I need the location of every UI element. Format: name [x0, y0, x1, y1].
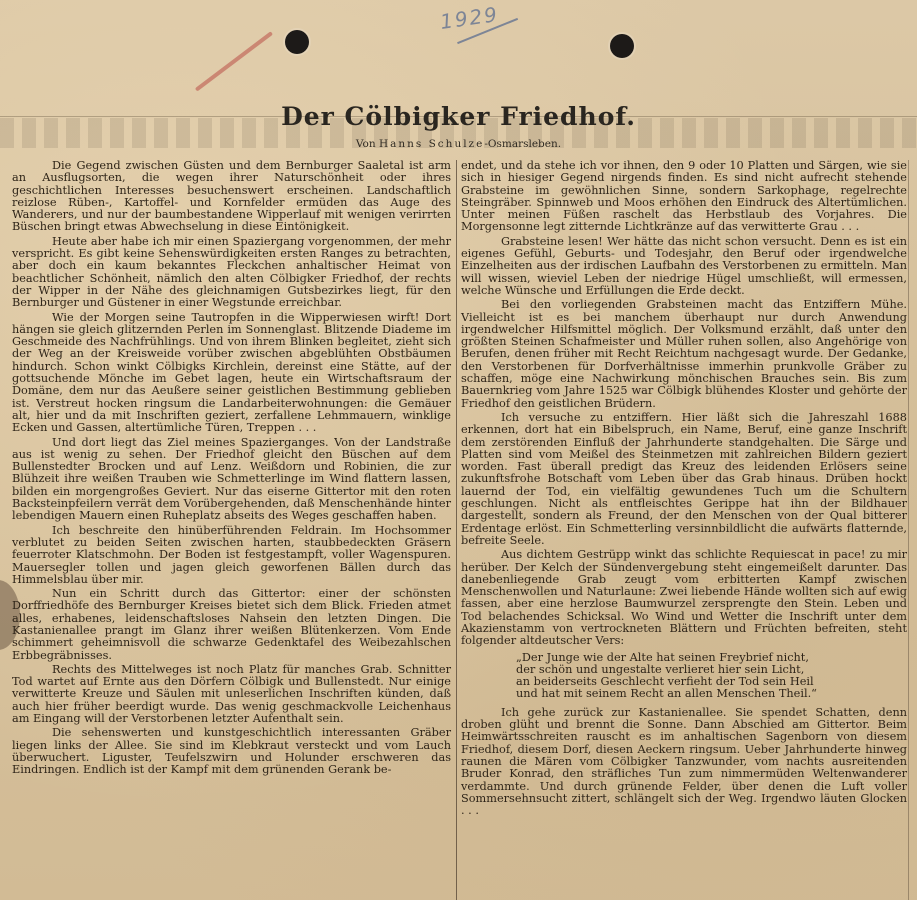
column-divider: [456, 160, 457, 900]
verse-line: und hat mit seinem Recht an allen Mensch…: [516, 688, 907, 700]
punch-hole-left: [285, 30, 309, 54]
paragraph: Heute aber habe ich mir einen Spaziergan…: [12, 236, 451, 310]
right-column: endet, und da stehe ich vor ihnen, den 9…: [461, 160, 907, 819]
paragraph: Ich beschreite den hinüberführenden Feld…: [12, 525, 451, 586]
byline-place: -Osmarsleben.: [484, 138, 561, 150]
paragraph: Ich gehe zurück zur Kastanienallee. Sie …: [461, 707, 907, 818]
paragraph: Ich versuche zu entziffern. Hier läßt si…: [461, 412, 907, 547]
article-title: Der Cölbigker Friedhof.: [0, 102, 917, 131]
byline-prefix: Von: [356, 138, 376, 150]
author-name: Hanns Schulze: [379, 138, 484, 150]
paragraph: Nun ein Schritt durch das Gittertor: ein…: [12, 588, 451, 662]
paragraph: Die Gegend zwischen Güsten und dem Bernb…: [12, 160, 451, 234]
paragraph: Und dort liegt das Ziel meines Spazierga…: [12, 437, 451, 523]
punch-hole-right: [610, 34, 634, 58]
verse-quote: „Der Junge wie der Alte hat seinen Freyb…: [516, 652, 907, 701]
paragraph: Wie der Morgen seine Tautropfen in die W…: [12, 312, 451, 435]
left-column: Die Gegend zwischen Güsten und dem Bernb…: [12, 160, 451, 779]
paragraph: Aus dichtem Gestrüpp winkt das schlichte…: [461, 549, 907, 647]
paragraph: endet, und da stehe ich vor ihnen, den 9…: [461, 160, 907, 234]
byline: Von Hanns Schulze-Osmarsleben.: [0, 138, 917, 150]
paragraph: Rechts des Mittelweges ist noch Platz fü…: [12, 664, 451, 725]
paragraph: Die sehenswerten und kunstgeschichtlich …: [12, 727, 451, 776]
right-edge-rule: [908, 160, 909, 900]
paragraph: Grabsteine lesen! Wer hätte das nicht sc…: [461, 236, 907, 297]
paragraph: Bei den vorliegenden Grabsteinen macht d…: [461, 299, 907, 410]
